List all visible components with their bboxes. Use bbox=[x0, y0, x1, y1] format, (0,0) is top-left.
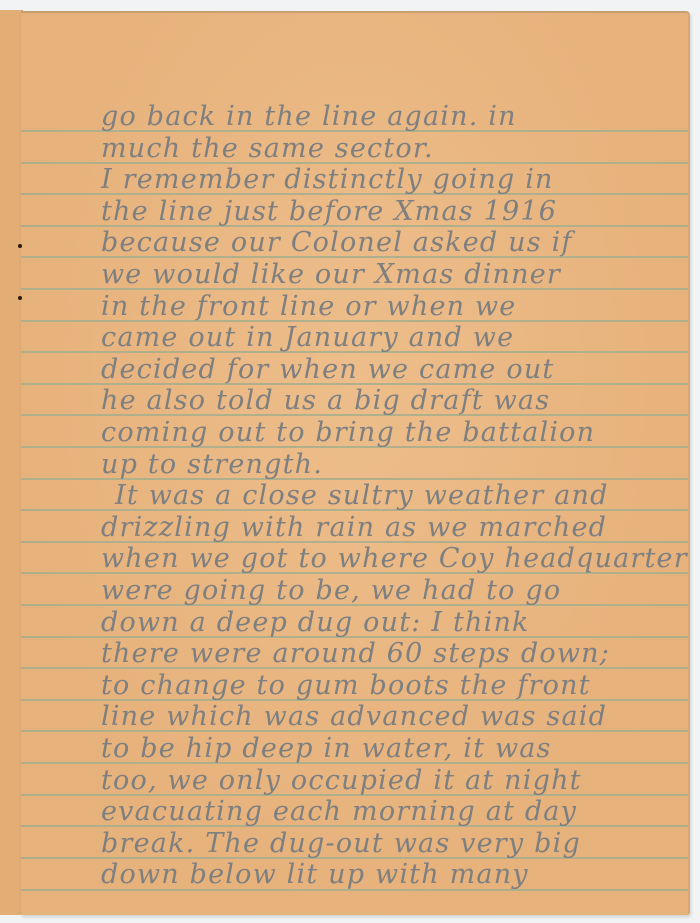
handwritten-text: go back in the line again. in much the s… bbox=[21, 13, 688, 915]
text-line: there were around 60 steps down; bbox=[101, 639, 680, 669]
text-line: drizzling with rain as we marched bbox=[101, 513, 680, 543]
text-line: coming out to bring the battalion bbox=[101, 418, 680, 448]
text-line: were going to be, we had to go bbox=[101, 576, 680, 606]
text-line: he also told us a big draft was bbox=[101, 386, 680, 416]
text-line: decided for when we came out bbox=[101, 355, 680, 385]
text-line: down a deep dug out: I think bbox=[101, 608, 680, 638]
text-line: line which was advanced was said bbox=[101, 702, 680, 732]
binding-hole bbox=[18, 244, 22, 248]
text-line: when we got to where Coy headquarters bbox=[101, 544, 680, 574]
text-line: evacuating each morning at day bbox=[101, 797, 680, 827]
text-line: up to strength. bbox=[101, 450, 680, 480]
underlying-page-edge bbox=[0, 10, 23, 915]
text-line: I remember distinctly going in bbox=[101, 165, 680, 195]
text-line: much the same sector. bbox=[101, 134, 680, 164]
text-line: to change to gum boots the front bbox=[101, 671, 680, 701]
text-line: because our Colonel asked us if bbox=[101, 228, 680, 258]
text-line: to be hip deep in water, it was bbox=[101, 734, 680, 764]
text-line: break. The dug-out was very big bbox=[101, 829, 680, 859]
text-line: too, we only occupied it at night bbox=[101, 766, 680, 796]
text-line: down below lit up with many bbox=[101, 860, 680, 890]
binding-hole bbox=[18, 296, 22, 300]
text-line: we would like our Xmas dinner bbox=[101, 260, 680, 290]
text-line: the line just before Xmas 1916 bbox=[101, 197, 680, 227]
text-line: came out in January and we bbox=[101, 323, 680, 353]
notebook-page: go back in the line again. in much the s… bbox=[21, 11, 690, 915]
text-line: It was a close sultry weather and bbox=[115, 481, 680, 511]
text-line: in the front line or when we bbox=[101, 292, 680, 322]
text-line: go back in the line again. in bbox=[101, 102, 680, 132]
